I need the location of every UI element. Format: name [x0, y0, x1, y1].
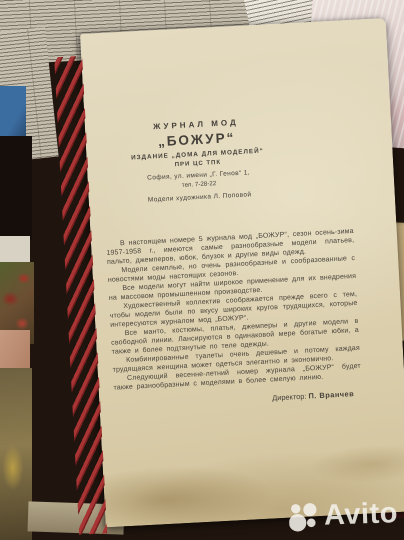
avito-wordmark: Avito: [323, 497, 398, 533]
signature-label: Директор:: [272, 392, 307, 403]
avito-logo-icon: [289, 501, 320, 532]
magazine-title-page: ЖУРНАЛ МОД „БОЖУР“ ИЗДАНИЕ „ДОМА ДЛЯ МОД…: [80, 18, 404, 527]
dark-background-patch: [0, 136, 32, 240]
signature-line: Директор: П. Вранчев: [114, 389, 362, 411]
masthead: ЖУРНАЛ МОД „БОЖУР“ ИЗДАНИЕ „ДОМА ДЛЯ МОД…: [97, 115, 299, 206]
magazine-cover-blue-patch: [0, 86, 26, 140]
editorial-text: В настоящем номере 5 журнала мод „БОЖУР“…: [106, 227, 363, 411]
avito-watermark: Avito: [289, 497, 399, 534]
signature-name: П. Вранчев: [308, 389, 354, 400]
